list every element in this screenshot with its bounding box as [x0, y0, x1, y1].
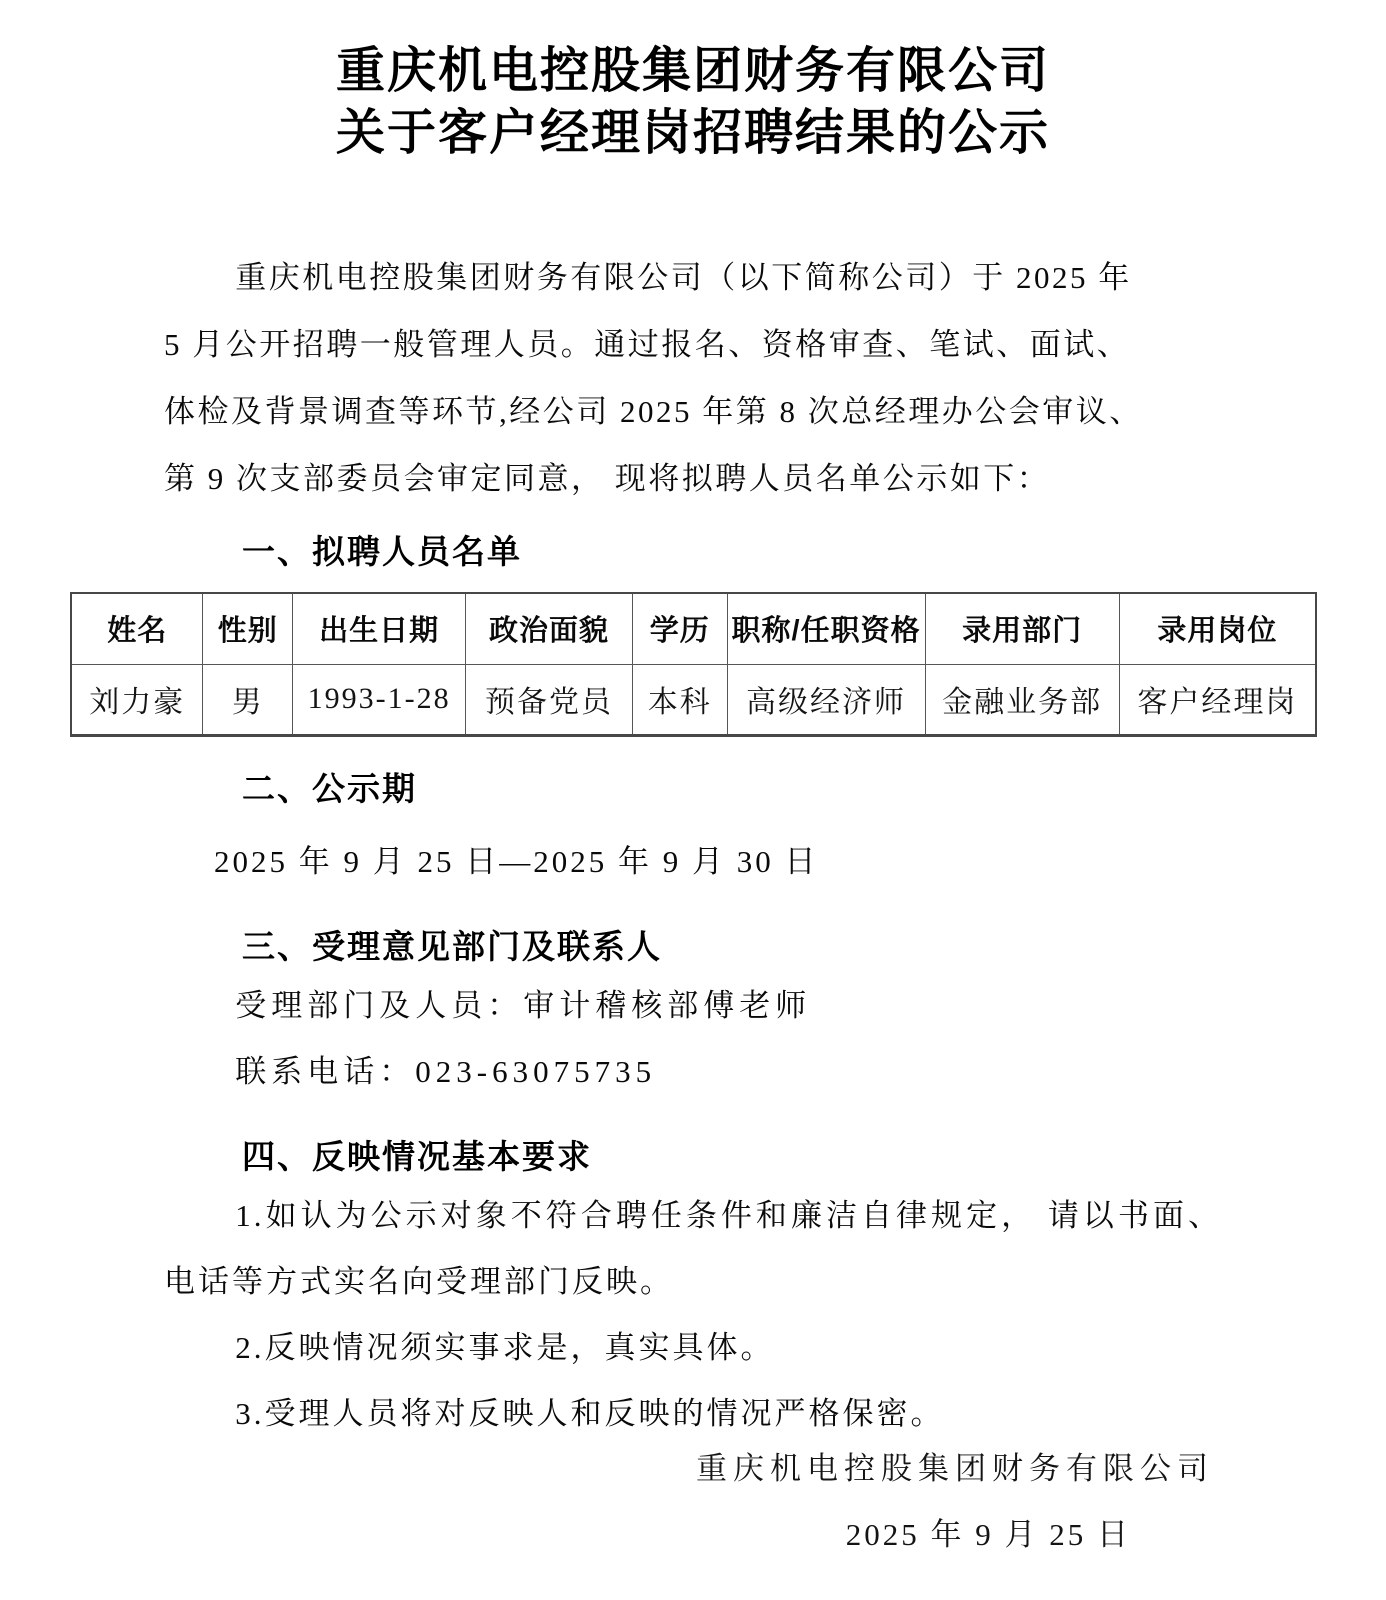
section-heading-publicity-period: 二、公示期 [164, 763, 1222, 815]
announcement-page: 重庆机电控股集团财务有限公司 关于客户经理岗招聘结果的公示 重庆机电控股集团财务… [0, 0, 1386, 1600]
section-heading-requirements: 四、反映情况基本要求 [164, 1131, 1222, 1183]
signature-company-name: 重庆机电控股集团财务有限公司 [0, 1436, 1386, 1502]
cell-gender: 男 [203, 664, 293, 735]
table-header-row: 姓名 性别 出生日期 政治面貌 学历 职称/任职资格 录用部门 录用岗位 [71, 593, 1316, 664]
col-header-department: 录用部门 [925, 593, 1119, 664]
intro-line: 5 月公开招聘一般管理人员。通过报名、资格审查、笔试、面试、 [164, 311, 1222, 378]
cell-political-status: 预备党员 [466, 664, 633, 735]
contact-department-line: 受理部门及人员：审计稽核部傅老师 [164, 973, 1222, 1039]
cell-department: 金融业务部 [925, 664, 1119, 735]
candidate-table-wrap: 姓名 性别 出生日期 政治面貌 学历 职称/任职资格 录用部门 录用岗位 刘力豪… [70, 592, 1317, 737]
cell-birthdate: 1993-1-28 [293, 664, 466, 735]
contact-phone-line: 联系电话：023-63075735 [164, 1039, 1222, 1105]
col-header-gender: 性别 [203, 593, 293, 664]
publicity-period-dates: 2025 年 9 月 25 日—2025 年 9 月 30 日 [164, 829, 1222, 895]
col-header-position: 录用岗位 [1119, 593, 1316, 664]
intro-line: 重庆机电控股集团财务有限公司（以下简称公司）于 2025 年 [164, 244, 1222, 311]
intro-paragraph: 重庆机电控股集团财务有限公司（以下简称公司）于 2025 年 5 月公开招聘一般… [164, 244, 1222, 512]
signature-block: 重庆机电控股集团财务有限公司 2025 年 9 月 25 日 [0, 1436, 1386, 1568]
cell-education: 本科 [632, 664, 727, 735]
cell-professional-title: 高级经济师 [727, 664, 925, 735]
section-heading-candidate-list: 一、拟聘人员名单 [164, 526, 1222, 578]
signature-date: 2025 年 9 月 25 日 [0, 1502, 1386, 1568]
col-header-name: 姓名 [71, 593, 203, 664]
requirement-item-2: 2.反映情况须实事求是，真实具体。 [164, 1315, 1222, 1381]
table-row: 刘力豪 男 1993-1-28 预备党员 本科 高级经济师 金融业务部 客户经理… [71, 664, 1316, 735]
col-header-political-status: 政治面貌 [466, 593, 633, 664]
intro-line: 第 9 次支部委员会审定同意， 现将拟聘人员名单公示如下： [164, 445, 1222, 512]
section-heading-contact: 三、受理意见部门及联系人 [164, 921, 1222, 973]
document-title: 重庆机电控股集团财务有限公司 关于客户经理岗招聘结果的公示 [0, 40, 1386, 164]
cell-position: 客户经理岗 [1119, 664, 1316, 735]
col-header-education: 学历 [632, 593, 727, 664]
candidate-table: 姓名 性别 出生日期 政治面貌 学历 职称/任职资格 录用部门 录用岗位 刘力豪… [70, 592, 1317, 737]
intro-line: 体检及背景调查等环节,经公司 2025 年第 8 次总经理办公会审议、 [164, 378, 1222, 445]
document-title-line1: 重庆机电控股集团财务有限公司 [0, 40, 1386, 102]
col-header-professional-title: 职称/任职资格 [727, 593, 925, 664]
col-header-birthdate: 出生日期 [293, 593, 466, 664]
requirement-item-1: 1.如认为公示对象不符合聘任条件和廉洁自律规定， 请以书面、电话等方式实名向受理… [164, 1183, 1222, 1315]
document-title-line2: 关于客户经理岗招聘结果的公示 [0, 102, 1386, 164]
cell-name: 刘力豪 [71, 664, 203, 735]
